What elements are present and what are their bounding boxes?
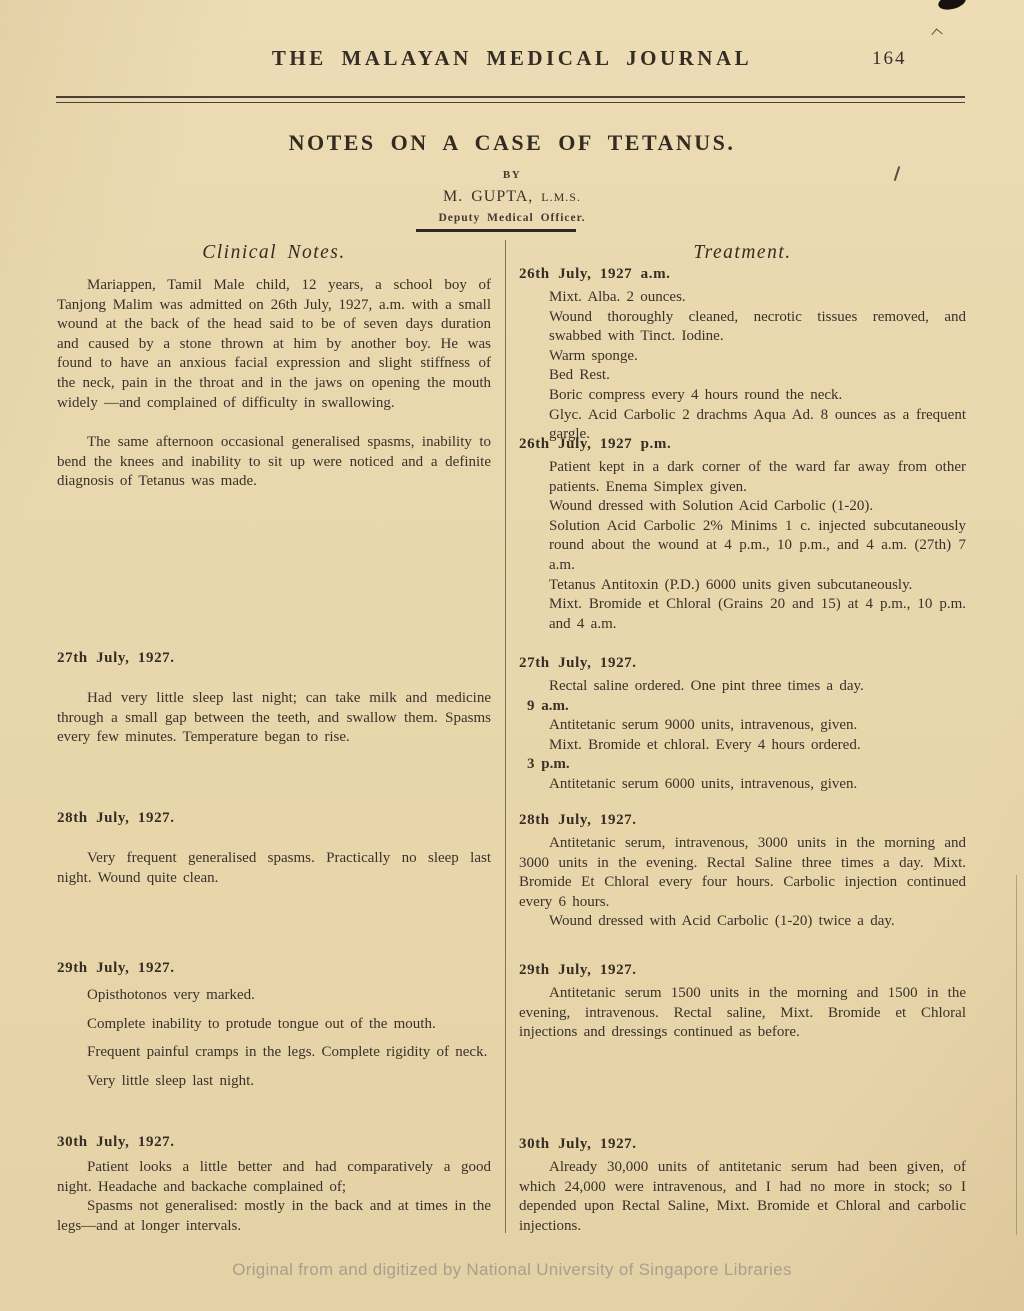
paragraph: Patient looks a little better and had co… xyxy=(57,1158,491,1197)
treatment-item: Antitetanic serum 1500 units in the morn… xyxy=(519,984,966,1043)
treatment-entry-26th-am: 26th July, 1927 a.m. Mixt. Alba. 2 ounce… xyxy=(519,266,966,445)
clinical-notes-column: Clinical Notes. Mariappen, Tamil Male ch… xyxy=(57,240,491,1236)
section-date: 27th July, 1927. xyxy=(519,655,966,672)
treatment-item: Mixt. Bromide et Chloral (Grains 20 and … xyxy=(549,595,966,634)
journal-title: THE MALAYAN MEDICAL JOURNAL xyxy=(0,46,1024,71)
paragraph: Spasms not generalised: mostly in the ba… xyxy=(57,1197,491,1236)
clinical-intro-section: Mariappen, Tamil Male child, 12 years, a… xyxy=(57,276,491,492)
section-date: 29th July, 1927. xyxy=(57,960,491,977)
page-number: 164 xyxy=(872,48,907,70)
column-divider xyxy=(505,240,506,1233)
treatment-item: Warm sponge. xyxy=(549,347,966,367)
treatment-item: Antitetanic serum, intravenous, 3000 uni… xyxy=(519,834,966,912)
clinical-notes-heading: Clinical Notes. xyxy=(57,242,491,264)
paragraph: Complete inability to protude tongue out… xyxy=(57,1015,491,1035)
treatment-item: Antitetanic serum 9000 units, intravenou… xyxy=(549,716,966,736)
treatment-item: Mixt. Alba. 2 ounces. xyxy=(549,288,966,308)
treatment-item: Patient kept in a dark corner of the war… xyxy=(549,458,966,497)
paragraph: Mariappen, Tamil Male child, 12 years, a… xyxy=(57,276,491,413)
treatment-item: Mixt. Bromide et chloral. Every 4 hours … xyxy=(549,736,966,756)
scan-artifact-edge-line xyxy=(1016,875,1017,1235)
header-double-rule xyxy=(56,96,965,103)
clinical-entry-29th: 29th July, 1927. Opisthotonos very marke… xyxy=(57,960,491,1091)
clinical-entry-28th: 28th July, 1927. Very frequent generalis… xyxy=(57,810,491,888)
scan-artifact-ink-blob xyxy=(937,0,968,12)
treatment-entry-26th-pm: 26th July, 1927 p.m. Patient kept in a d… xyxy=(519,436,966,634)
article-title: NOTES ON A CASE OF TETANUS. xyxy=(0,130,1024,156)
treatment-item: Wound thoroughly cleaned, necrotic tissu… xyxy=(549,308,966,347)
paragraph: Very frequent generalised spasms. Practi… xyxy=(57,849,491,888)
scan-artifact-caret-mark xyxy=(931,28,942,39)
byline-rule xyxy=(416,229,576,232)
treatment-item: Already 30,000 units of antitetanic seru… xyxy=(519,1158,966,1236)
clinical-entry-30th: 30th July, 1927. Patient looks a little … xyxy=(57,1134,491,1236)
section-date: 30th July, 1927. xyxy=(519,1136,966,1153)
treatment-item: Rectal saline ordered. One pint three ti… xyxy=(519,677,966,697)
author-line: M. GUPTA, L.M.S. xyxy=(0,188,1024,206)
treatment-time: 9 a.m. xyxy=(527,697,966,717)
treatment-heading: Treatment. xyxy=(519,242,966,264)
paragraph: Had very little sleep last night; can ta… xyxy=(57,689,491,748)
paragraph: Very little sleep last night. xyxy=(57,1072,491,1092)
clinical-entry-27th: 27th July, 1927. Had very little sleep l… xyxy=(57,650,491,748)
treatment-entry-30th: 30th July, 1927. Already 30,000 units of… xyxy=(519,1136,966,1236)
treatment-column: Treatment. 26th July, 1927 a.m. Mixt. Al… xyxy=(519,240,966,1236)
byline-by-label: BY xyxy=(0,169,1024,181)
treatment-entry-29th: 29th July, 1927. Antitetanic serum 1500 … xyxy=(519,962,966,1043)
treatment-item: Tetanus Antitoxin (P.D.) 6000 units give… xyxy=(549,576,966,596)
treatment-item: Wound dressed with Acid Carbolic (1-20) … xyxy=(519,912,966,932)
footer-credit: Original from and digitized by National … xyxy=(0,1260,1024,1280)
paragraph: Opisthotonos very marked. xyxy=(57,986,491,1006)
section-date: 30th July, 1927. xyxy=(57,1134,491,1151)
author-credentials: L.M.S. xyxy=(541,190,581,204)
section-date: 29th July, 1927. xyxy=(519,962,966,979)
section-date: 26th July, 1927 a.m. xyxy=(519,266,966,283)
author-role: Deputy Medical Officer. xyxy=(0,212,1024,224)
section-date: 27th July, 1927. xyxy=(57,650,491,667)
treatment-entry-28th: 28th July, 1927. Antitetanic serum, intr… xyxy=(519,812,966,932)
paragraph: Frequent painful cramps in the legs. Com… xyxy=(57,1043,491,1063)
treatment-time: 3 p.m. xyxy=(527,755,966,775)
treatment-item: Antitetanic serum 6000 units, intravenou… xyxy=(549,775,966,795)
treatment-item: Solution Acid Carbolic 2% Minims 1 c. in… xyxy=(549,517,966,576)
treatment-entry-27th: 27th July, 1927. Rectal saline ordered. … xyxy=(519,655,966,795)
section-date: 26th July, 1927 p.m. xyxy=(519,436,966,453)
paragraph: The same afternoon occasional generalise… xyxy=(57,433,491,492)
section-date: 28th July, 1927. xyxy=(519,812,966,829)
treatment-item: Wound dressed with Solution Acid Carboli… xyxy=(549,497,966,517)
author-name: M. GUPTA, xyxy=(443,188,533,205)
treatment-item: Boric compress every 4 hours round the n… xyxy=(549,386,966,406)
scanned-journal-page: THE MALAYAN MEDICAL JOURNAL 164 NOTES ON… xyxy=(0,0,1024,1311)
section-date: 28th July, 1927. xyxy=(57,810,491,827)
treatment-item: Bed Rest. xyxy=(549,366,966,386)
